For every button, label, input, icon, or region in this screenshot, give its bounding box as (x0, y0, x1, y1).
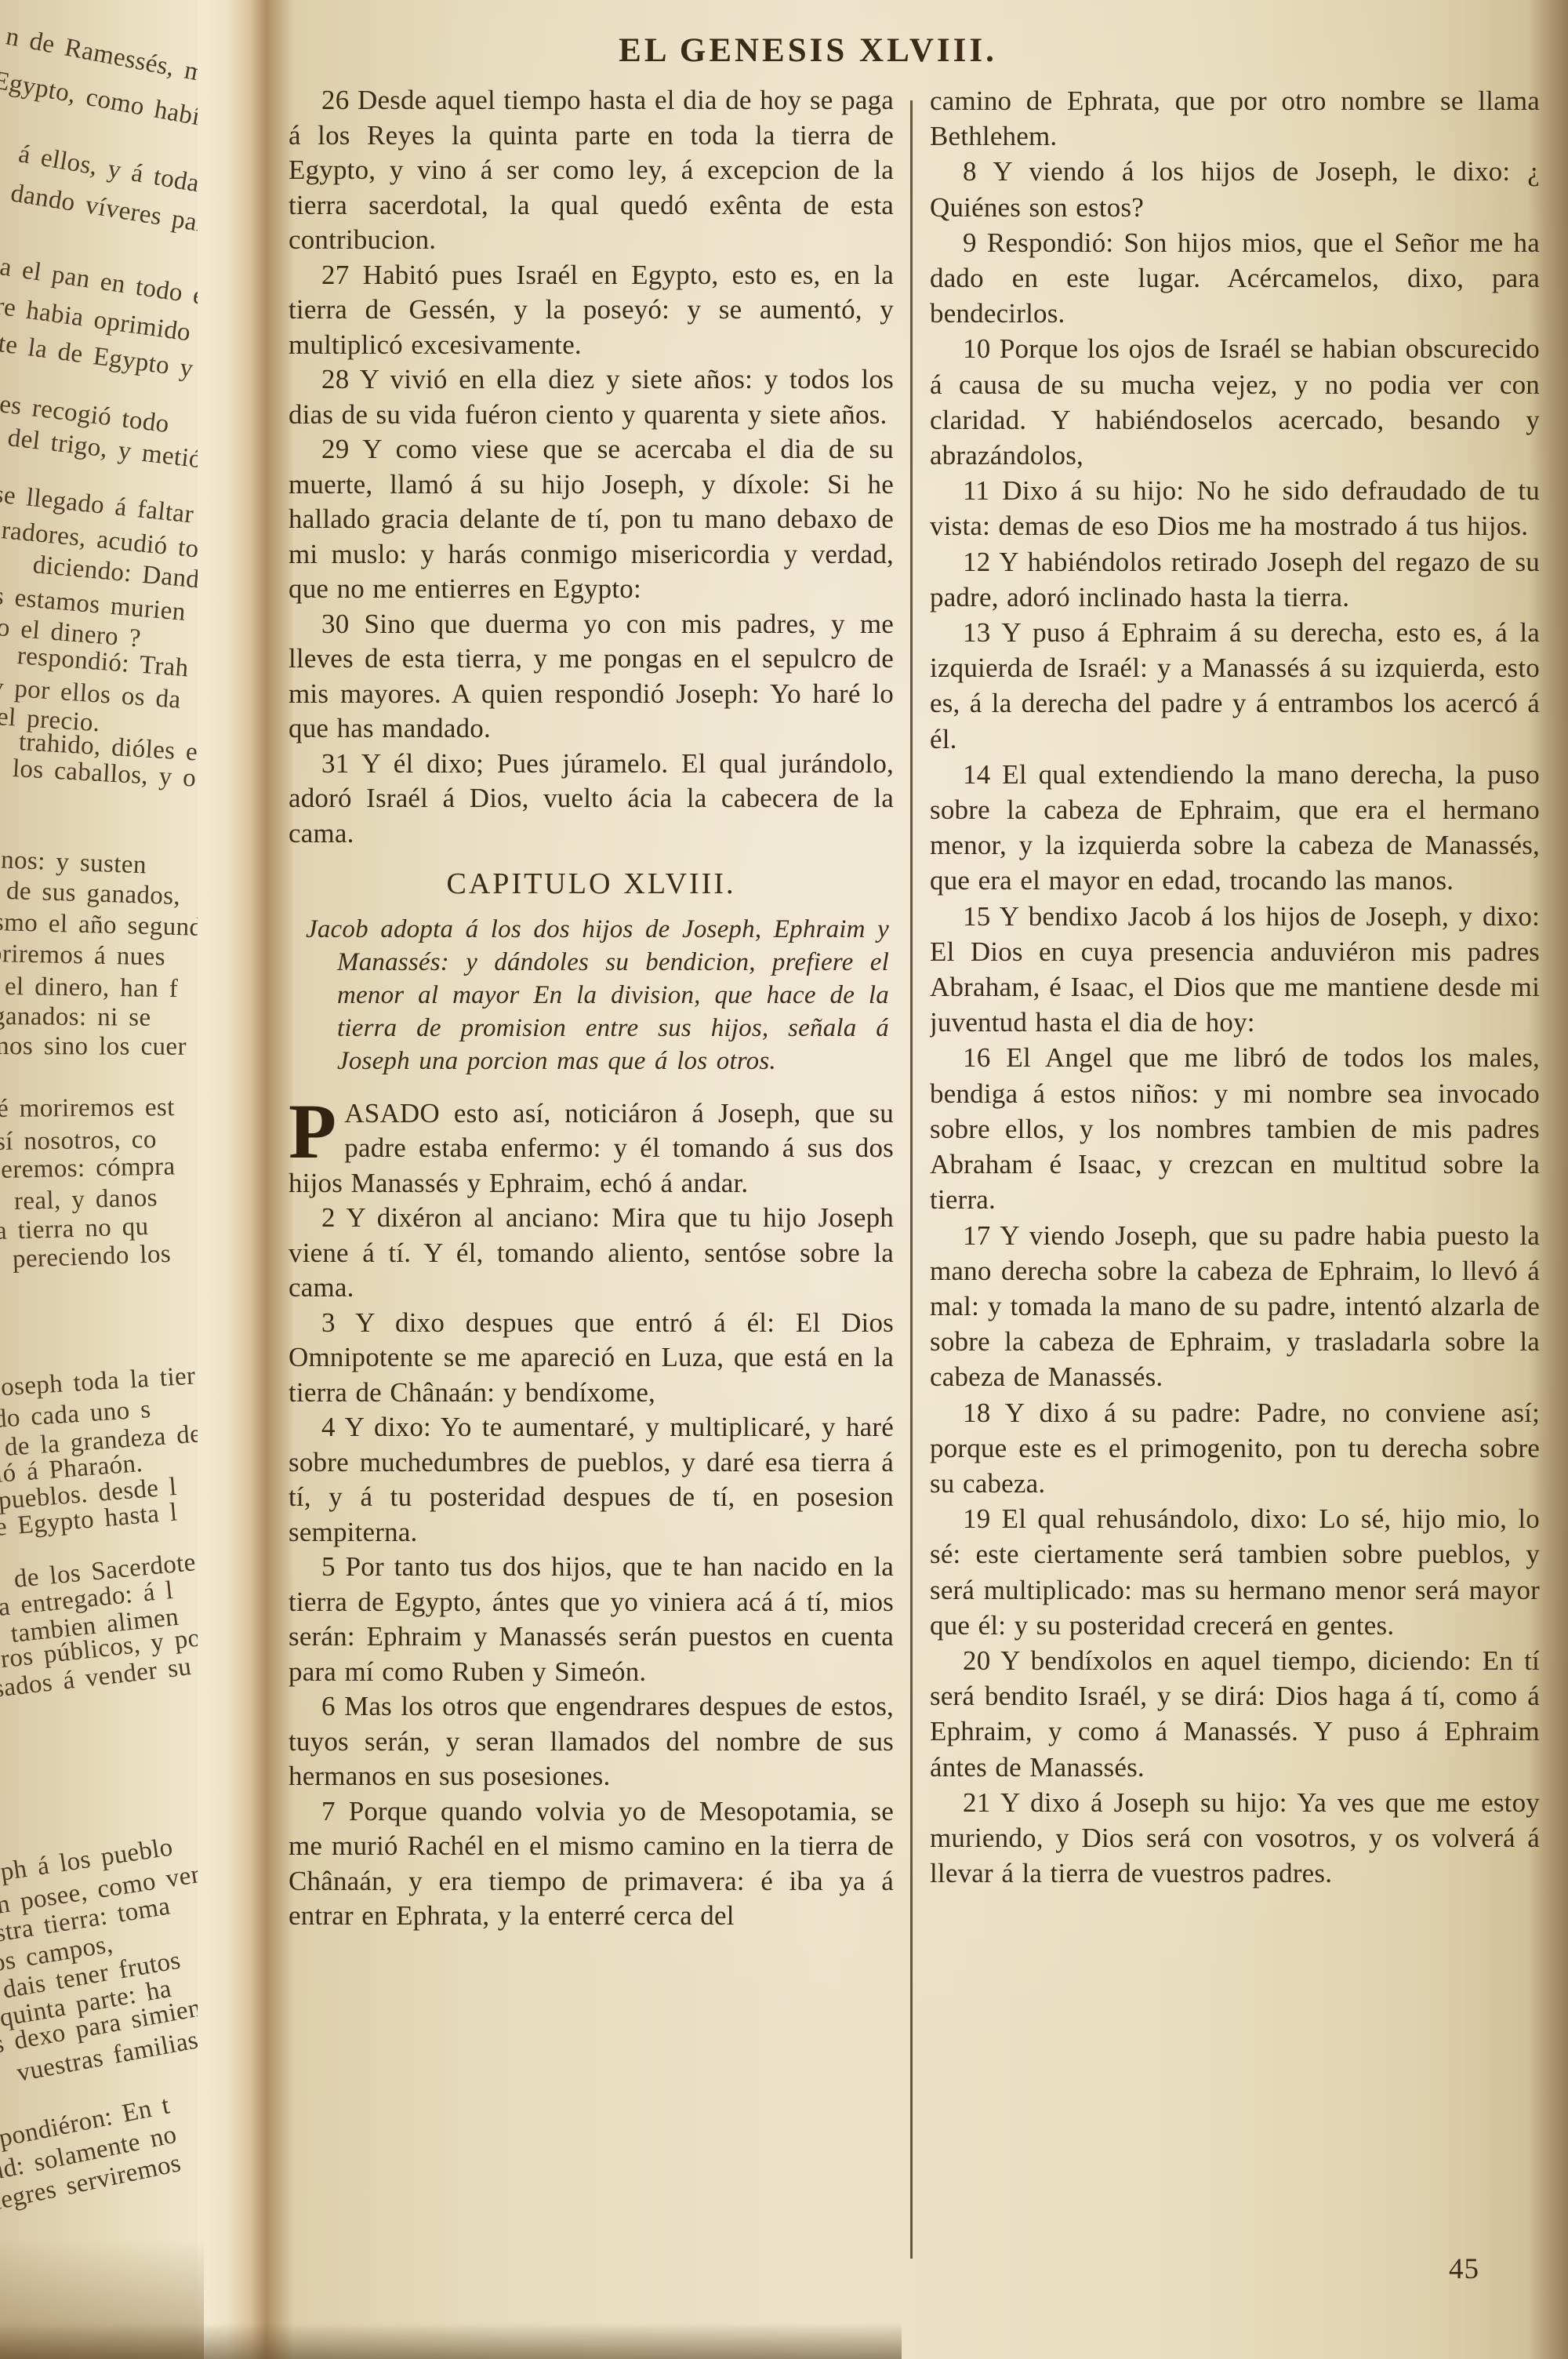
left-column: 26 Desde aquel tiempo hasta el dia de ho… (289, 83, 894, 2318)
prev-page-text-fragment: seremos: cómpra (0, 1152, 176, 1185)
verse-paragraph: 21 Y dixo á Joseph su hijo: Ya ves que m… (930, 1785, 1540, 1892)
book-bottom-edge-shadow (0, 2323, 902, 2359)
page-right-edge-shadow (1529, 0, 1568, 2359)
verse-paragraph: 12 Y habiéndolos retirado Joseph del reg… (930, 544, 1540, 615)
verse-paragraph: 13 Y puso á Ephraim á su derecha, esto e… (930, 615, 1540, 757)
right-column: camino de Ephrata, que por otro nombre s… (930, 83, 1540, 2295)
continuation-paragraph: camino de Ephrata, que por otro nombre s… (930, 83, 1540, 154)
verse-paragraph: 15 Y bendixo Jacob á los hijos de Joseph… (930, 899, 1540, 1041)
running-head: EL GENESIS XLVIII. (289, 31, 1327, 70)
verse-paragraph: 7 Porque quando volvia yo de Mesopotamia… (289, 1794, 894, 1934)
dropcap-letter: P (289, 1103, 336, 1161)
verse-paragraph: 14 El qual extendiendo la mano derecha, … (930, 757, 1540, 899)
column-divider-rule (910, 100, 913, 2259)
prev-page-text-fragment: mos sino los cuer (0, 1032, 187, 1062)
prev-page-text-fragment: é moriremos est (0, 1093, 175, 1124)
prev-page-text-fragment: sí nosotros, co (0, 1125, 157, 1157)
opening-text: ASADO esto así, noticiáron á Joseph, que… (289, 1098, 894, 1198)
prev-page-text-fragment: pereciendo los (12, 1240, 171, 1274)
prev-page-text-fragment: briremos á nues (0, 940, 165, 972)
verse-paragraph: 8 Y viendo á los hijos de Joseph, le dix… (930, 154, 1540, 224)
page-number: 45 (1449, 2252, 1479, 2286)
verse-paragraph: 27 Habitó pues Israél en Egypto, esto es… (289, 258, 894, 363)
prev-page-text-fragment: el dinero, han f (5, 972, 179, 1004)
previous-page-edge: n de Ramessés, muEgypto, como habíá ello… (0, 0, 198, 2359)
verse-paragraph: 29 Y como viese que se acercaba el dia d… (289, 432, 894, 607)
verse-paragraph: 6 Mas los otros que engendrares despues … (289, 1689, 894, 1794)
verse-paragraph: 3 Y dixo despues que entró á él: El Dios… (289, 1306, 894, 1411)
right-verses: 8 Y viendo á los hijos de Joseph, le dix… (930, 154, 1540, 1891)
left-verses-bottom: 2 Y dixéron al anciano: Mira que tu hijo… (289, 1201, 894, 1934)
prev-page-text-fragment: smo el año segund (0, 908, 198, 943)
chapter-heading: CAPITULO XLVIII. (289, 867, 894, 902)
prev-page-text-fragment: de sus ganados, (5, 877, 180, 911)
prev-page-text-fragment: real, y danos (14, 1183, 158, 1216)
verse-paragraph: 30 Sino que duerma yo con mis padres, y … (289, 607, 894, 747)
verse-paragraph: 5 Por tanto tus dos hijos, que te han na… (289, 1550, 894, 1689)
verse-paragraph: 31 Y él dixo; Pues júramelo. El qual jur… (289, 747, 894, 852)
verse-paragraph: 11 Dixo á su hijo: No he sido defraudado… (930, 473, 1540, 543)
verse-paragraph: 18 Y dixo á su padre: Padre, no conviene… (930, 1395, 1540, 1502)
verse-paragraph: 26 Desde aquel tiempo hasta el dia de ho… (289, 83, 894, 258)
verse-paragraph: 4 Y dixo: Yo te aumentaré, y multiplicar… (289, 1410, 894, 1550)
prev-page-text-fragment: snos: y susten (0, 845, 147, 880)
page-fold-gutter (198, 0, 293, 2359)
prev-page-text-fragment: ganados: ni se (0, 1002, 151, 1033)
opening-paragraph: PASADO esto así, noticiáron á Joseph, qu… (289, 1096, 894, 1201)
verse-paragraph: 9 Respondió: Son hijos mios, que el Seño… (930, 225, 1540, 332)
prev-page-text-fragment: Joseph toda la tier (0, 1362, 196, 1403)
verse-paragraph: 28 Y vivió en ella diez y siete años: y … (289, 362, 894, 432)
verse-paragraph: 2 Y dixéron al anciano: Mira que tu hijo… (289, 1201, 894, 1306)
verse-paragraph: 19 El qual rehusándolo, dixo: Lo sé, hij… (930, 1501, 1540, 1643)
verse-paragraph: 10 Porque los ojos de Israél se habian o… (930, 331, 1540, 473)
verse-paragraph: 20 Y bendíxolos en aquel tiempo, diciend… (930, 1643, 1540, 1785)
chapter-summary: Jacob adopta á los dos hijos de Joseph, … (337, 913, 889, 1078)
left-verses-top: 26 Desde aquel tiempo hasta el dia de ho… (289, 83, 894, 851)
verse-paragraph: 17 Y viendo Joseph, que su padre habia p… (930, 1218, 1540, 1395)
scanned-book-page: n de Ramessés, muEgypto, como habíá ello… (0, 0, 1568, 2359)
verse-paragraph: 16 El Angel que me libró de todos los ma… (930, 1040, 1540, 1217)
